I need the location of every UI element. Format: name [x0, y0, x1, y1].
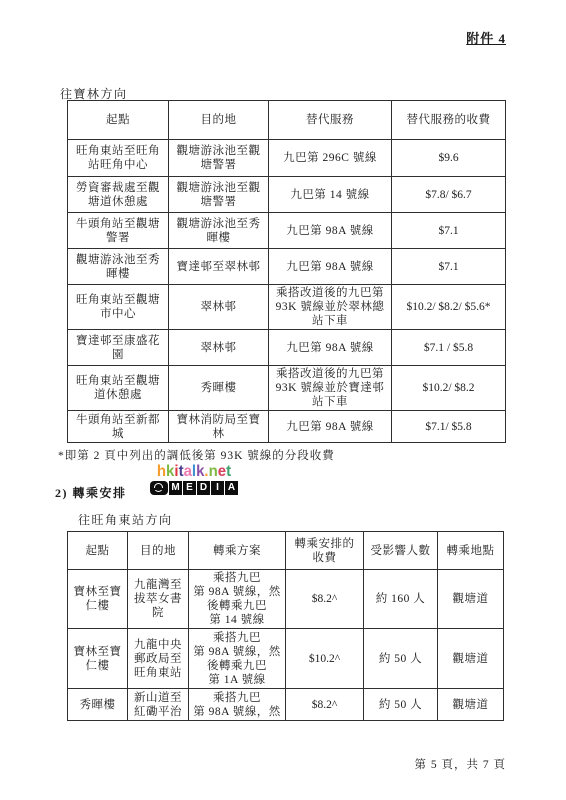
cell-service: 九巴第 98A 號線 — [269, 411, 392, 443]
cell-origin: 寶達邨至康盛花 園 — [68, 330, 169, 366]
column-header-affected-passengers: 受影響人數 — [364, 532, 438, 570]
cell-destination: 秀暉樓 — [169, 366, 269, 411]
cell-fare: $10.2/ $8.2/ $5.6* — [392, 285, 506, 330]
cell-service: 九巴第 14 號線 — [269, 177, 392, 213]
appendix-label: 附件 4 — [466, 28, 506, 47]
column-header-alt-service: 替代服務 — [269, 101, 392, 140]
cell-service: 乘搭改道後的九巴第 93K 號線並於翠林總 站下車 — [269, 285, 392, 330]
table-footnote: *即第 2 頁中列出的調低後第 93K 號線的分段收費 — [58, 447, 335, 463]
cell-origin: 勞資審裁處至觀 塘道休憩處 — [68, 177, 169, 213]
cell-fare: $10.2^ — [286, 629, 364, 689]
cell-fare: $9.6 — [392, 140, 506, 177]
cell-origin: 秀暉樓 — [68, 689, 128, 721]
cell-fare: $7.1 — [392, 249, 506, 285]
cell-interchange-plan: 乘搭九巴 第 98A 號線，然 後轉乘九巴 第 14 號線 — [189, 570, 286, 629]
alternative-service-table: 起點 目的地 替代服務 替代服務的收費 旺角東站至旺角 站旺角中心 觀塘游泳池至… — [67, 100, 506, 443]
cell-destination: 新山道至 紅磡平治 — [128, 689, 189, 721]
page-number-footer: 第 5 頁，共 7 頁 — [415, 756, 507, 772]
column-header-destination: 目的地 — [128, 532, 189, 570]
table-header-row: 起點 目的地 轉乘方案 轉乘安排的 收費 受影響人數 轉乘地點 — [68, 532, 504, 570]
cell-origin: 旺角東站至旺角 站旺角中心 — [68, 140, 169, 177]
cell-fare: $10.2/ $8.2 — [392, 366, 506, 411]
hkitalk-net-logo: hkitalk.net — [134, 464, 254, 480]
cell-origin: 牛頭角站至新都 城 — [68, 411, 169, 443]
cell-service: 九巴第 98A 號線 — [269, 249, 392, 285]
camera-lens-icon — [150, 481, 168, 495]
cell-origin: 旺角東站至觀塘 道休憩處 — [68, 366, 169, 411]
cell-interchange-plan: 乘搭九巴 第 98A 號線，然 後轉乘九巴 第 1A 號線 — [189, 629, 286, 689]
cell-service: 乘搭改道後的九巴第 93K 號線並於寶達邨 站下車 — [269, 366, 392, 411]
cell-service: 九巴第 98A 號線 — [269, 330, 392, 366]
cell-affected-passengers: 約 50 人 — [364, 689, 438, 721]
section2-direction-title: 往旺角東站方向 — [78, 511, 173, 528]
media-letter-tile: I — [211, 481, 224, 495]
table-row: 勞資審裁處至觀 塘道休憩處 觀塘游泳池至觀 塘警署 九巴第 14 號線 $7.8… — [68, 177, 506, 213]
media-letter-tile: D — [197, 481, 210, 495]
cell-location: 觀塘道 — [438, 570, 504, 629]
table-row: 旺角東站至旺角 站旺角中心 觀塘游泳池至觀 塘警署 九巴第 296C 號線 $9… — [68, 140, 506, 177]
cell-fare: $7.1/ $5.8 — [392, 411, 506, 443]
document-page: 附件 4 往寶林方向 起點 目的地 替代服務 替代服務的收費 旺角東站至旺角 站… — [0, 0, 566, 800]
cell-affected-passengers: 約 50 人 — [364, 629, 438, 689]
media-letter-tile: E — [183, 481, 196, 495]
cell-destination: 寶林消防局至寶 林 — [169, 411, 269, 443]
section2-item-label: 2) 轉乘安排 — [55, 484, 127, 501]
column-header-interchange-location: 轉乘地點 — [438, 532, 504, 570]
cell-origin: 旺角東站至觀塘 市中心 — [68, 285, 169, 330]
interchange-arrangement-table: 起點 目的地 轉乘方案 轉乘安排的 收費 受影響人數 轉乘地點 寶林至寶 仁樓 … — [67, 531, 504, 721]
table-row: 旺角東站至觀塘 道休憩處 秀暉樓 乘搭改道後的九巴第 93K 號線並於寶達邨 站… — [68, 366, 506, 411]
cell-destination: 寶達邨至翠林邨 — [169, 249, 269, 285]
cell-location: 觀塘道 — [438, 629, 504, 689]
column-header-interchange-fare: 轉乘安排的 收費 — [286, 532, 364, 570]
cell-service: 九巴第 98A 號線 — [269, 213, 392, 249]
cell-service: 九巴第 296C 號線 — [269, 140, 392, 177]
table-row: 寶林至寶 仁樓 九龍灣至 拔萃女書 院 乘搭九巴 第 98A 號線，然 後轉乘九… — [68, 570, 504, 629]
cell-destination: 觀塘游泳池至觀 塘警署 — [169, 140, 269, 177]
cell-destination: 九龍灣至 拔萃女書 院 — [128, 570, 189, 629]
cell-fare: $7.1 — [392, 213, 506, 249]
media-letter-tile: M — [169, 481, 182, 495]
cell-fare: $8.2^ — [286, 570, 364, 629]
table-row: 秀暉樓 新山道至 紅磡平治 乘搭九巴 第 98A 號線，然 $8.2^ 約 50… — [68, 689, 504, 721]
cell-origin: 觀塘游泳池至秀 暉樓 — [68, 249, 169, 285]
cell-fare: $7.1 / $5.8 — [392, 330, 506, 366]
column-header-origin: 起點 — [68, 532, 128, 570]
hkitalk-watermark: hkitalk.net M E D I A — [134, 464, 254, 495]
column-header-destination: 目的地 — [169, 101, 269, 140]
column-header-interchange-plan: 轉乘方案 — [189, 532, 286, 570]
cell-origin: 寶林至寶 仁樓 — [68, 570, 128, 629]
table-row: 觀塘游泳池至秀 暉樓 寶達邨至翠林邨 九巴第 98A 號線 $7.1 — [68, 249, 506, 285]
cell-origin: 寶林至寶 仁樓 — [68, 629, 128, 689]
column-header-origin: 起點 — [68, 101, 169, 140]
cell-destination: 觀塘游泳池至秀 暉樓 — [169, 213, 269, 249]
cell-affected-passengers: 約 160 人 — [364, 570, 438, 629]
cell-destination: 九龍中央 郵政局至 旺角東站 — [128, 629, 189, 689]
cell-destination: 觀塘游泳池至觀 塘警署 — [169, 177, 269, 213]
table-row: 牛頭角站至新都 城 寶林消防局至寶 林 九巴第 98A 號線 $7.1/ $5.… — [68, 411, 506, 443]
cell-destination: 翠林邨 — [169, 285, 269, 330]
media-logo: M E D I A — [134, 481, 254, 495]
table-row: 寶林至寶 仁樓 九龍中央 郵政局至 旺角東站 乘搭九巴 第 98A 號線，然 後… — [68, 629, 504, 689]
media-letter-tile: A — [225, 481, 238, 495]
cell-interchange-plan: 乘搭九巴 第 98A 號線，然 — [189, 689, 286, 721]
cell-fare: $7.8/ $6.7 — [392, 177, 506, 213]
cell-location: 觀塘道 — [438, 689, 504, 721]
cell-destination: 翠林邨 — [169, 330, 269, 366]
cell-origin: 牛頭角站至觀塘 警署 — [68, 213, 169, 249]
column-header-alt-service-fare: 替代服務的收費 — [392, 101, 506, 140]
cell-fare: $8.2^ — [286, 689, 364, 721]
table-row: 寶達邨至康盛花 園 翠林邨 九巴第 98A 號線 $7.1 / $5.8 — [68, 330, 506, 366]
table-header-row: 起點 目的地 替代服務 替代服務的收費 — [68, 101, 506, 140]
table-row: 牛頭角站至觀塘 警署 觀塘游泳池至秀 暉樓 九巴第 98A 號線 $7.1 — [68, 213, 506, 249]
table-row: 旺角東站至觀塘 市中心 翠林邨 乘搭改道後的九巴第 93K 號線並於翠林總 站下… — [68, 285, 506, 330]
